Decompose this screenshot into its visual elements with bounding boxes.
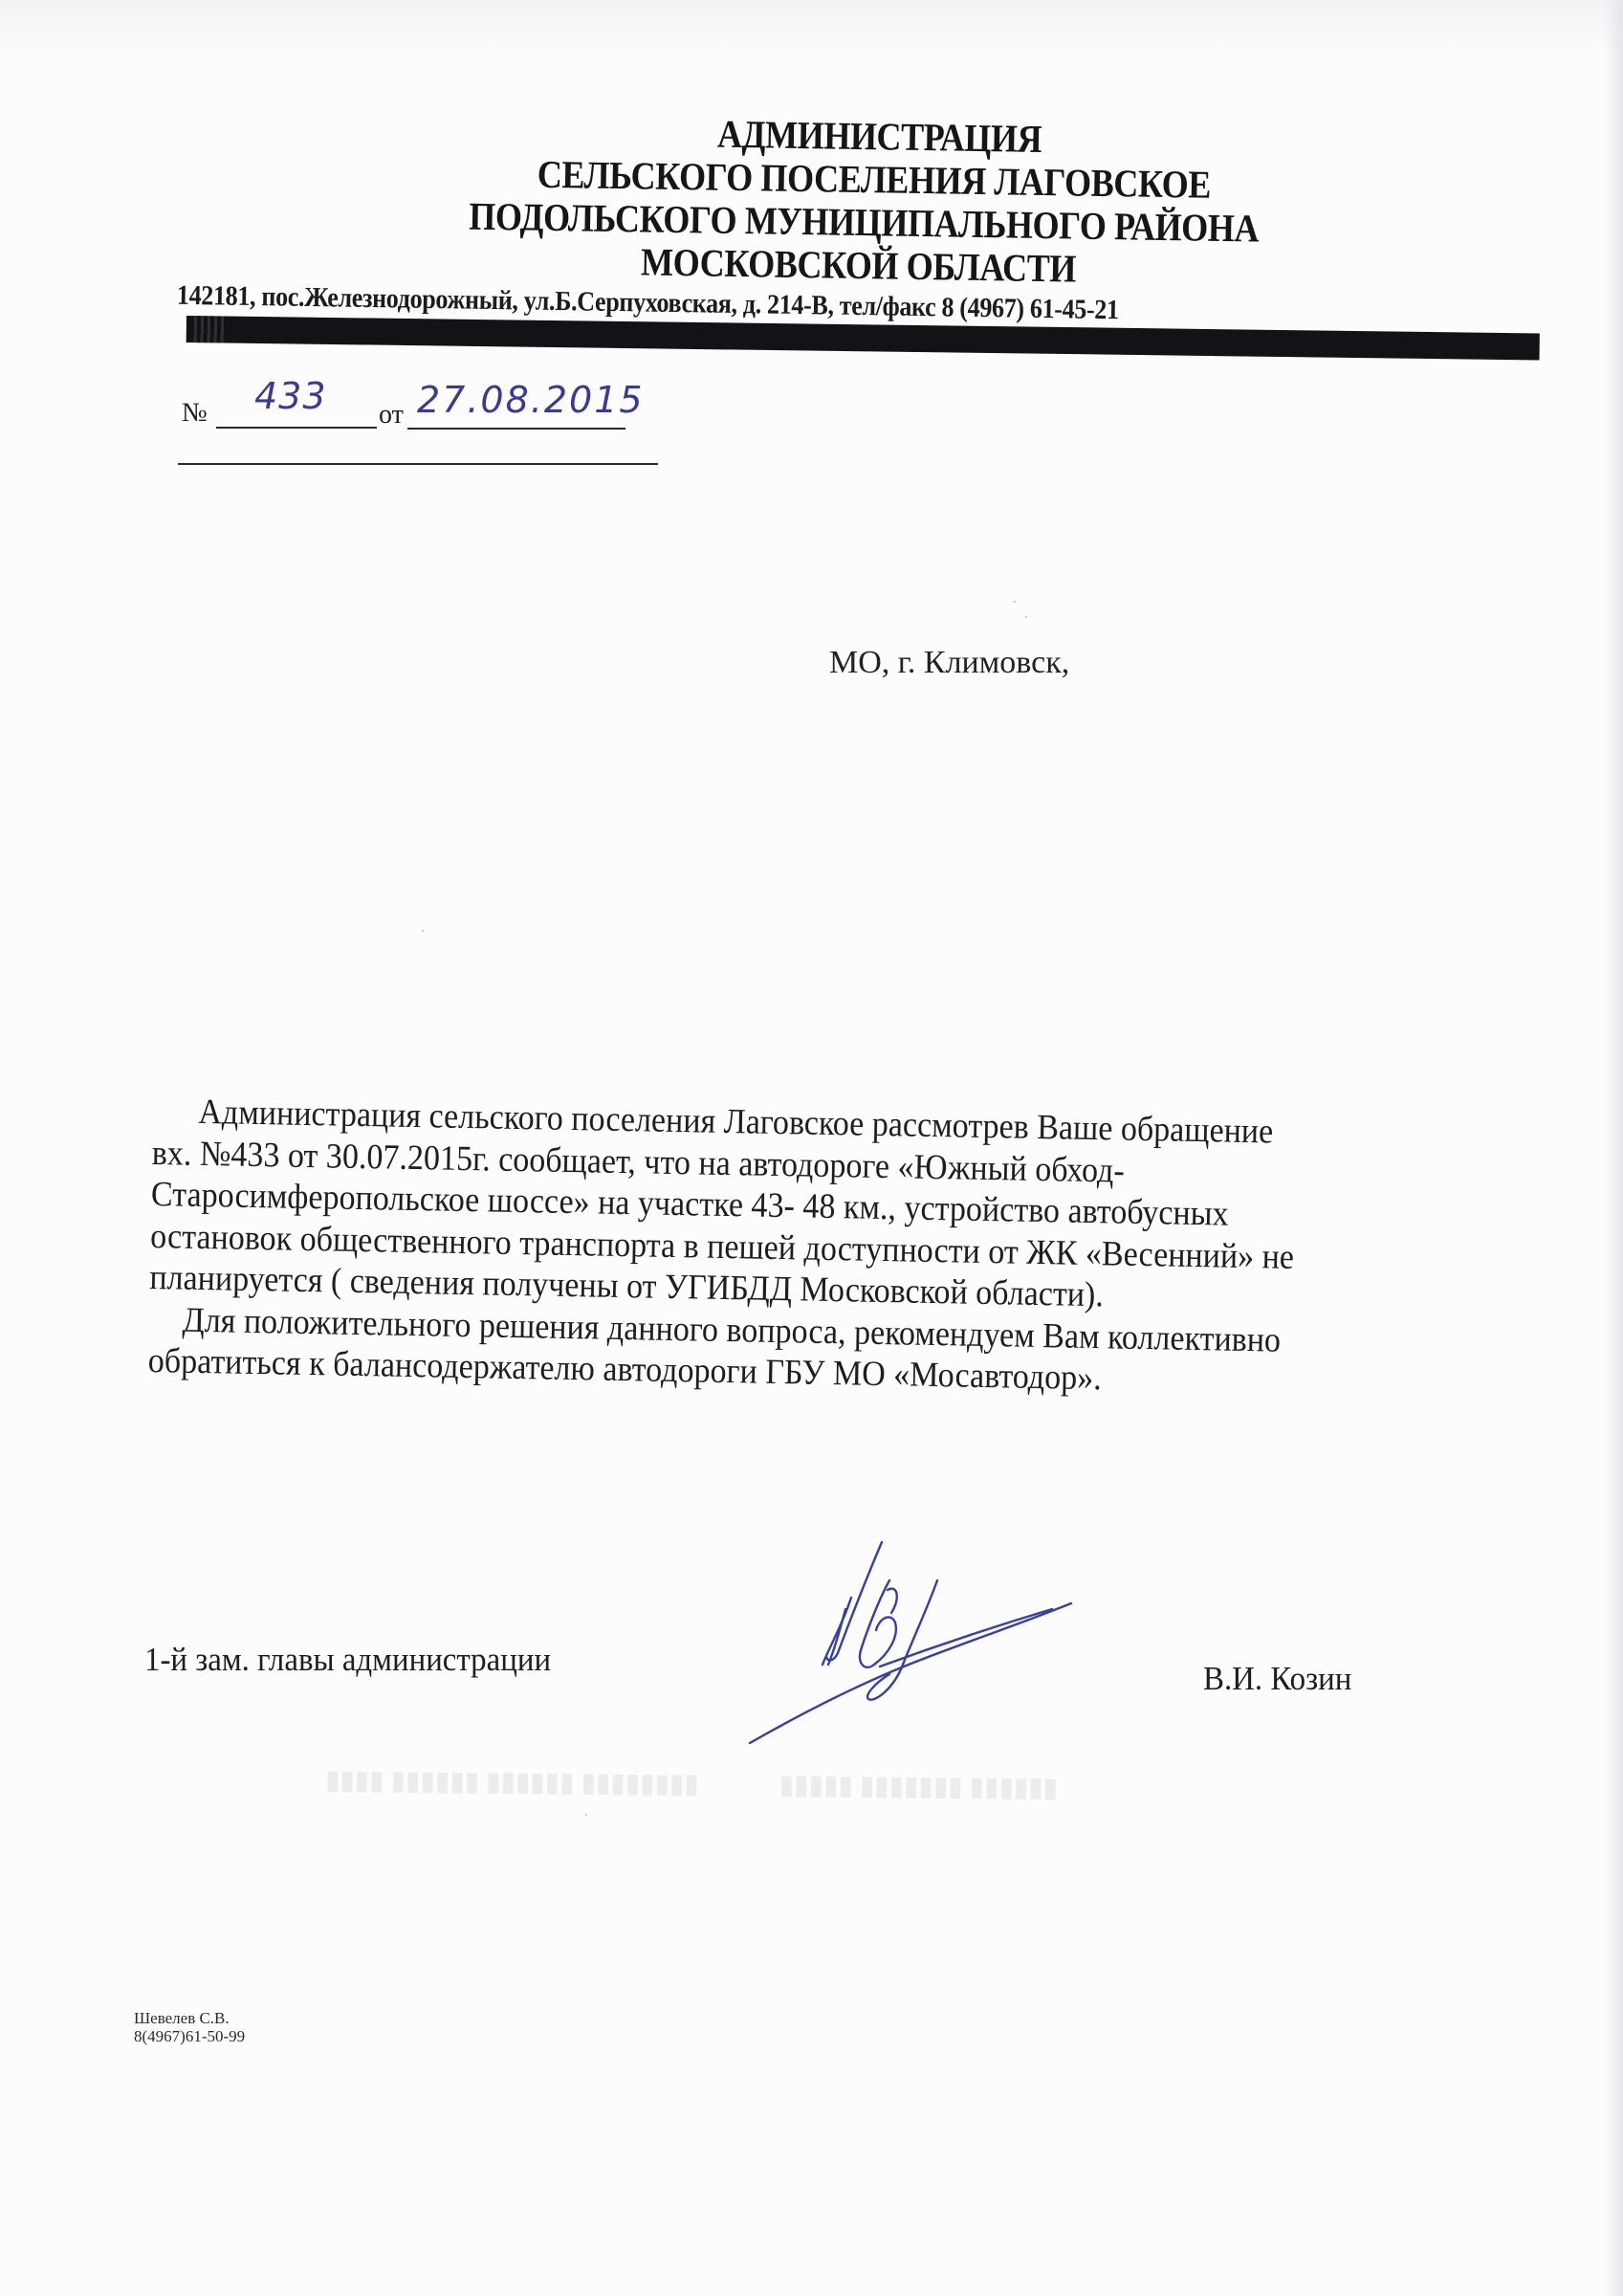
date-label: от xyxy=(379,400,404,430)
executor-phone: 8(4967)61-50-99 xyxy=(134,2027,245,2045)
scan-speck xyxy=(422,930,424,932)
scan-speck xyxy=(1025,616,1027,618)
scan-edge-shadow xyxy=(1604,0,1623,2296)
handwritten-signature-icon xyxy=(746,1531,1109,1770)
handwritten-number: 433 xyxy=(254,375,327,417)
letter-body: Администрация сельского поселения Лаговс… xyxy=(147,1091,1529,1407)
reference-second-line xyxy=(178,463,658,465)
reference-block: № 433 от 27.08.2015 xyxy=(178,364,656,478)
date-underline xyxy=(407,428,625,430)
signatory-name: В.И. Козин xyxy=(1203,1660,1351,1698)
organization-name: АДМИНИСТРАЦИЯ СЕЛЬСКОГО ПОСЕЛЕНИЯ ЛАГОВС… xyxy=(169,104,1549,298)
scan-speck xyxy=(585,1814,587,1816)
number-label: № xyxy=(182,398,208,429)
number-underline xyxy=(216,427,377,429)
handwritten-date: 27.08.2015 xyxy=(417,379,645,421)
executor-info: Шевелев С.В. 8(4967)61-50-99 xyxy=(134,2009,245,2045)
scan-speck xyxy=(1012,670,1014,672)
letterhead: АДМИНИСТРАЦИЯ СЕЛЬСКОГО ПОСЕЛЕНИЯ ЛАГОВС… xyxy=(169,104,1549,334)
signatory-title: 1-й зам. главы администрации xyxy=(144,1641,551,1679)
recipient-address: МО, г. Климовск, xyxy=(829,645,1069,681)
scan-speck xyxy=(1014,601,1016,603)
executor-name: Шевелев С.В. xyxy=(134,2009,245,2027)
